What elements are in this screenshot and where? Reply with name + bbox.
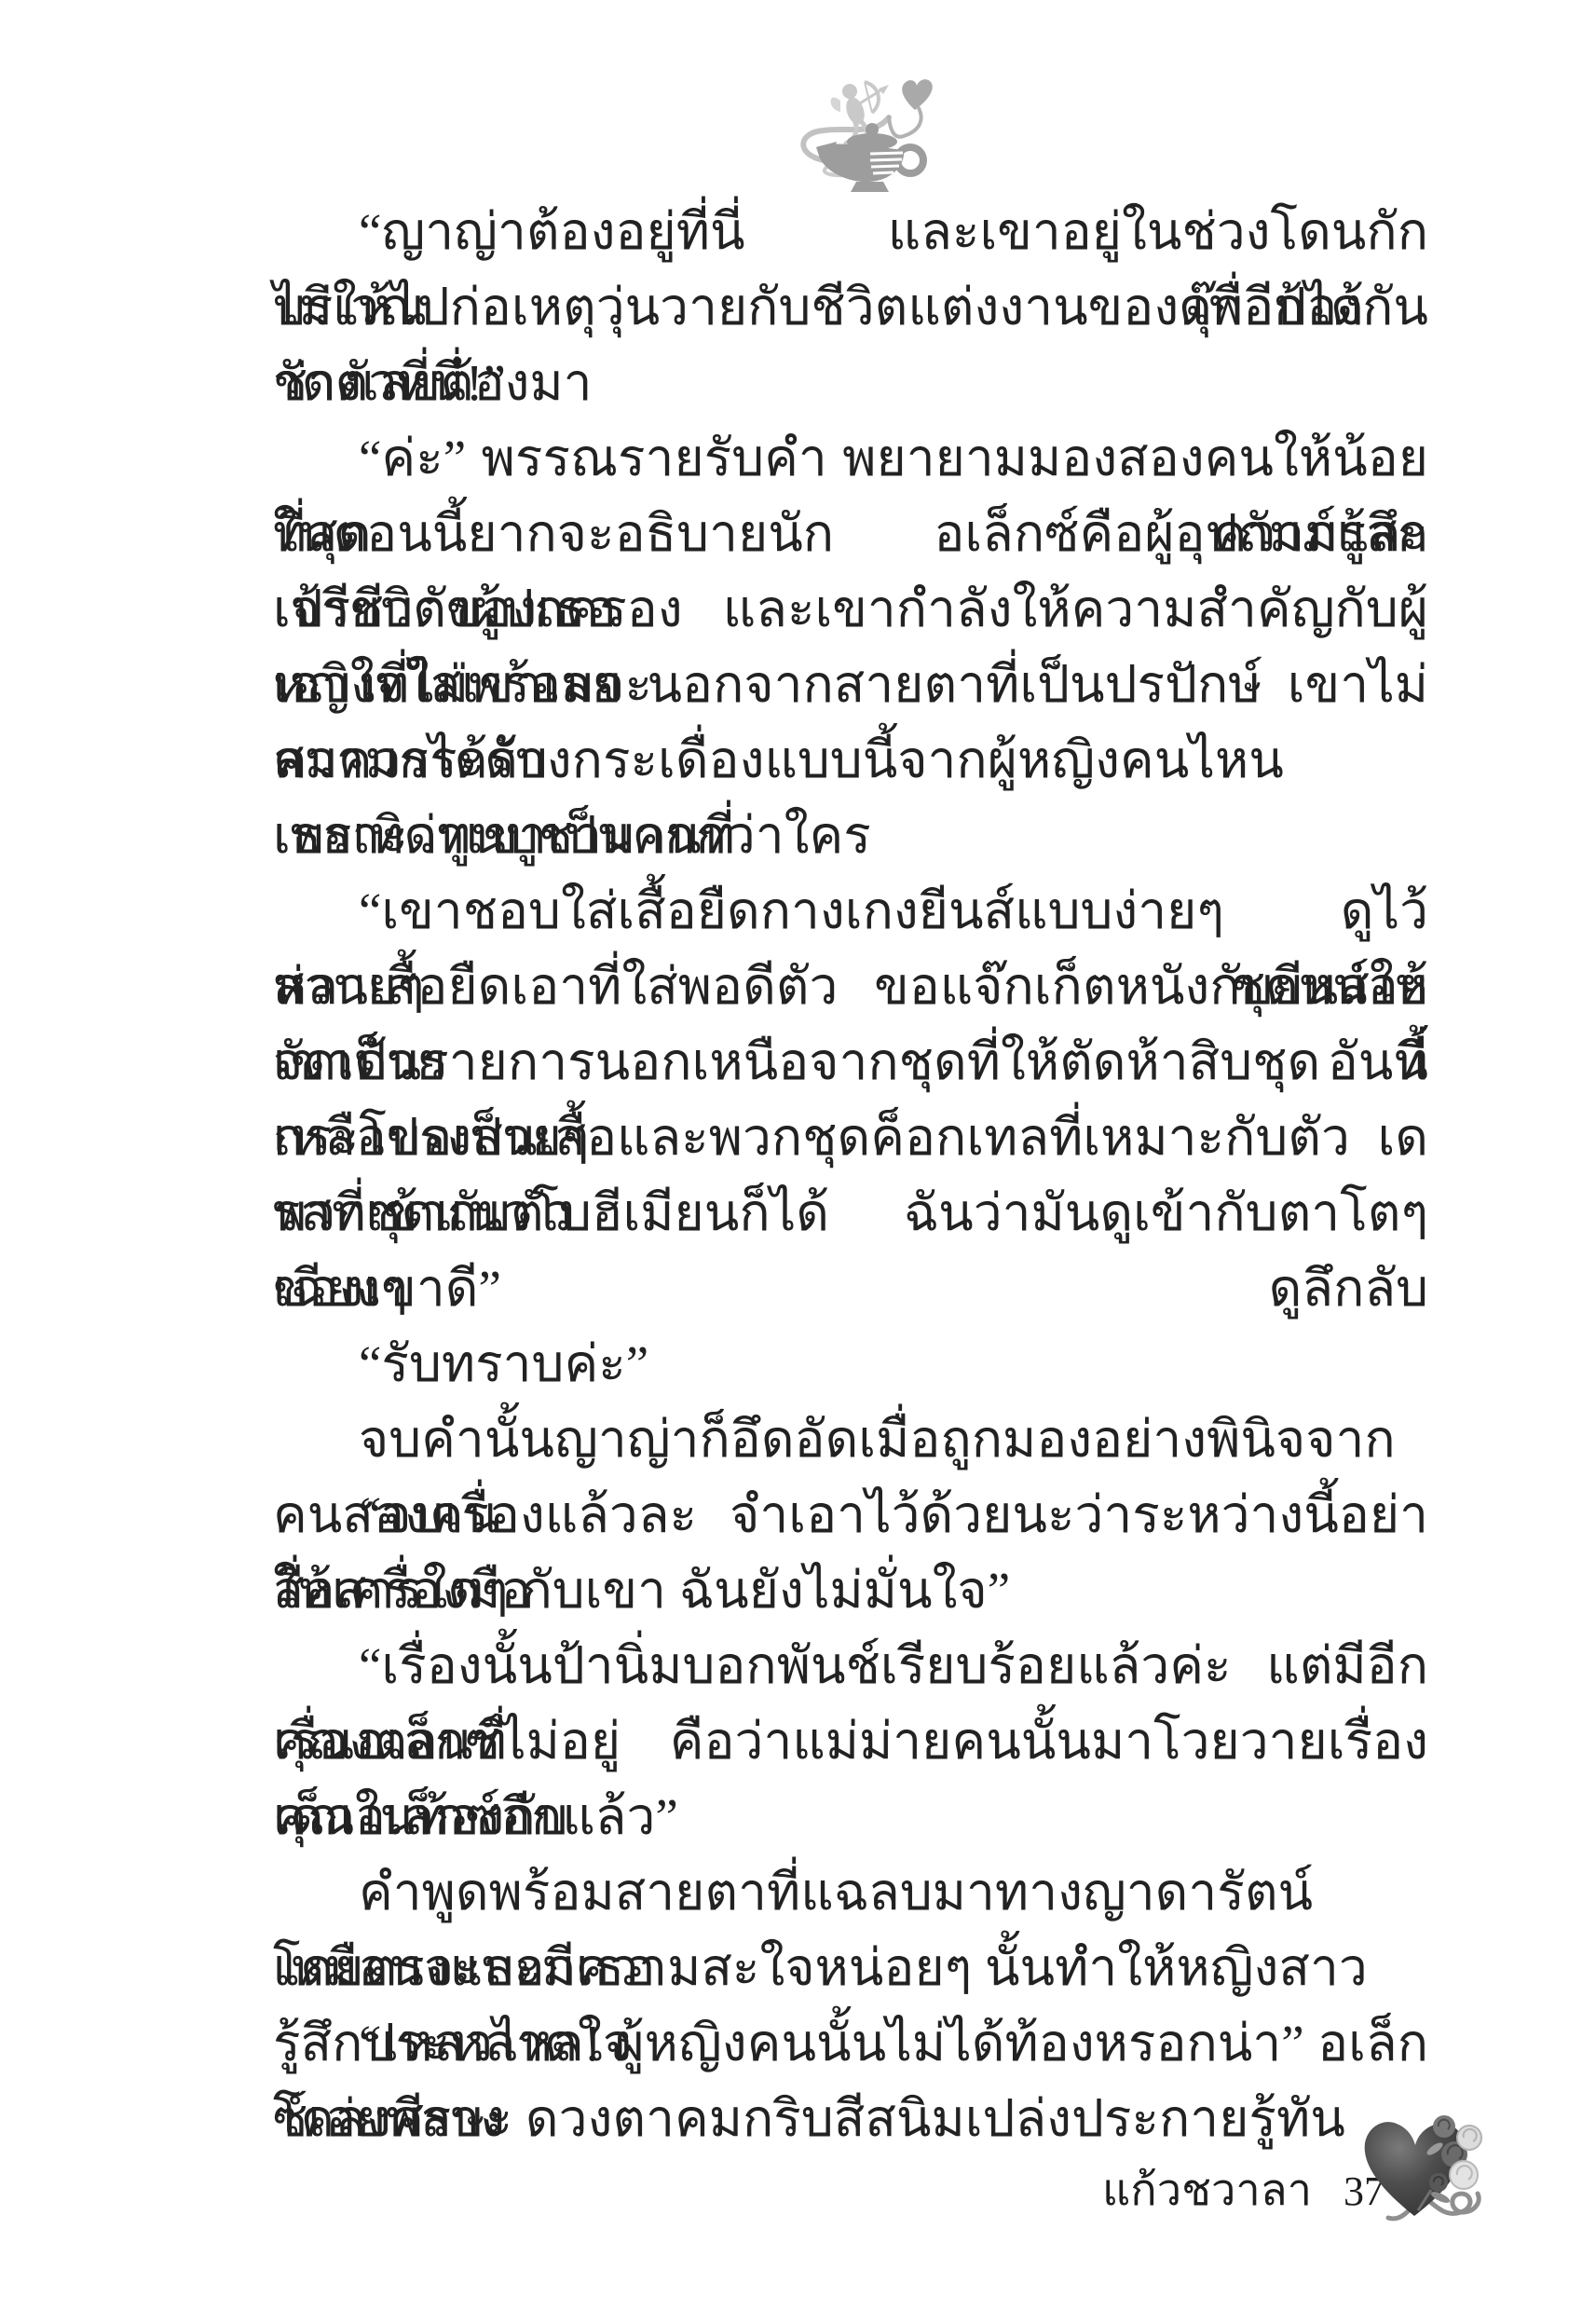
text-line: ส่วนเสื้อยืดเอาที่ใส่พอดีตัว ขอแจ๊กเก็ตห… (273, 949, 1428, 1024)
text-line: จบคำนั้นญาญ่าก็อึดอัดเมื่อถูกมองอย่างพิน… (273, 1402, 1428, 1477)
text-line: คำพูดพร้อมสายตาที่แฉลบมาทางญาดารัตน์เหมื… (273, 1854, 1428, 1930)
text-line: “จบเรื่องแล้วละ จำเอาไว้ด้วยนะว่าระหว่าง… (273, 1477, 1428, 1552)
heart-with-roses-icon (1358, 2108, 1494, 2231)
text-line: จัดเป็นรายการนอกเหนือจากชุดที่ให้ตัดห้าส… (273, 1024, 1428, 1100)
book-page: “ญาญ่าต้องอยู่ที่นี่ และเขาอยู่ในช่วงโดน… (0, 0, 1596, 2311)
text-line: “เหลวไหล! ผู้หญิงคนนั้นไม่ได้ท้องหรอกน่า… (273, 2005, 1428, 2081)
text-line: คุณอเล็กซ์อีกแล้ว” (273, 1779, 1428, 1854)
text-line: ความกระด้างกระเดื่องแบบนี้จากผู้หญิงคนไห… (273, 722, 1428, 798)
text-line: “เขาชอบใส่เสื้อยืดกางเกงยีนส์แบบง่ายๆ ดู… (273, 873, 1428, 949)
text-line: “เรื่องนั้นป้านิ่มบอกพันช์เรียบร้อยแล้วค… (273, 1628, 1428, 1703)
heart-icon (889, 79, 933, 137)
body-text: “ญาญ่าต้องอยู่ที่นี่ และเขาอยู่ในช่วงโดน… (273, 194, 1428, 2156)
text-line: เธอเทิดทูนบูชามากกว่าใคร (273, 798, 1428, 873)
text-line: พวกชุดแนวโบฮีเมียนก็ได้ ฉันว่ามันดูเข้าก… (273, 1175, 1428, 1251)
text-line: โดยตรงและมีความสะใจหน่อยๆ นั้นทำให้หญิงส… (273, 1930, 1428, 2005)
text-line: วัดตัวที่นี่!” (273, 345, 1428, 420)
text-line: กระโปรงสวยๆ และพวกชุดค็อกเทลที่เหมาะกับต… (273, 1100, 1428, 1175)
footer: แก้วชวาลา 37 (1102, 2154, 1385, 2224)
text-line: เอาใจใส่เขาเลย นอกจากสายตาที่เป็นปรปักษ์… (273, 647, 1428, 722)
text-line: “ญาญ่าต้องอยู่ที่นี่ และเขาอยู่ในช่วงโดน… (273, 194, 1428, 269)
text-line: “ค่ะ” พรรณรายรับคำ พยายามมองสองคนให้น้อย… (273, 420, 1428, 496)
text-line: โคลงศีรษะ ดวงตาคมกริบสีสนิมเปล่งประกายรู… (273, 2081, 1428, 2156)
book-title: แก้วชวาลา (1102, 2154, 1312, 2224)
text-line: สื่อสารใดๆ กับเขา ฉันยังไม่มั่นใจ” (273, 1552, 1428, 1628)
text-line: คุณอเล็กซ์ไม่อยู่ คือว่าแม่ม่ายคนนั้นมาโ… (273, 1703, 1428, 1779)
text-line: เจ้าชีวิตของเธอ และเขากำลังให้ความสำคัญก… (273, 571, 1428, 647)
text-line: ในตอนนี้ยากจะอธิบายนัก อเล็กซ์คือผู้อุปถ… (273, 496, 1428, 571)
genie-lamp-cupid-heart-icon (783, 62, 936, 197)
text-line: ไม่ให้ไปก่อเหตุวุ่นวายกับชีวิตแต่งงานของ… (273, 269, 1428, 345)
text-line: “รับทราบค่ะ” (273, 1326, 1428, 1402)
